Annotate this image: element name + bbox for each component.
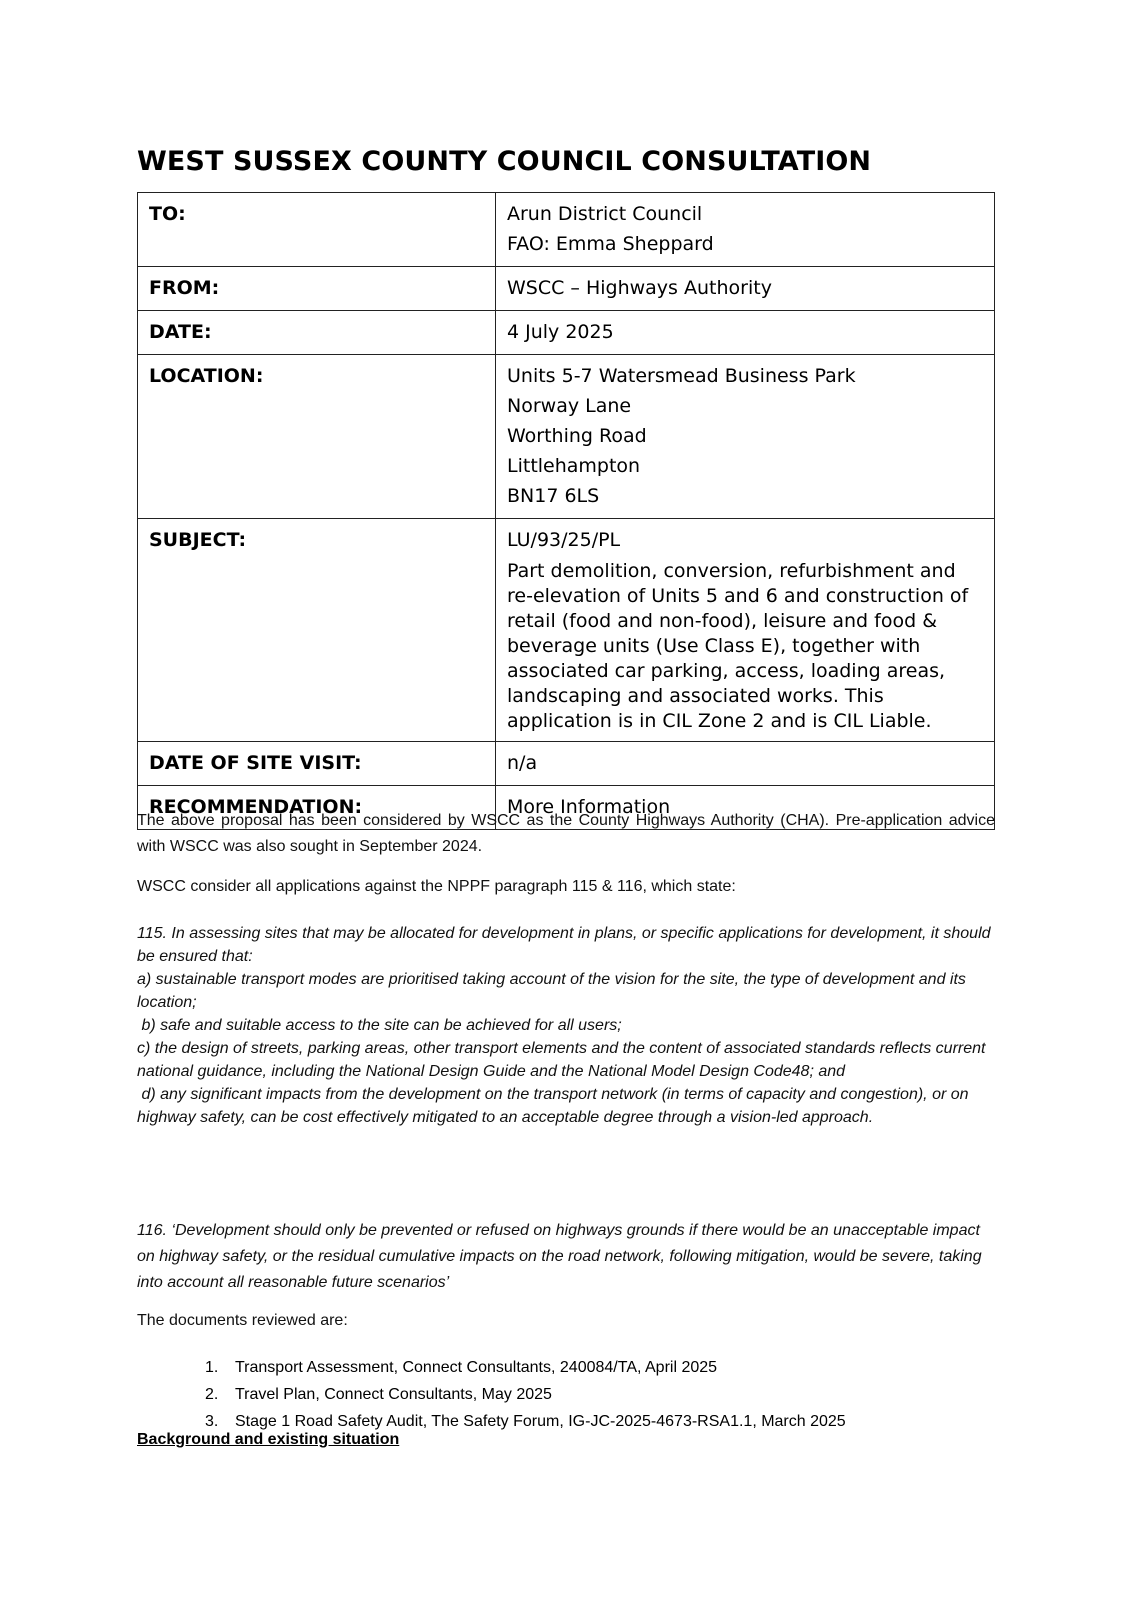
date-label: DATE: — [138, 311, 496, 355]
list-text: Travel Plan, Connect Consultants, May 20… — [235, 1384, 552, 1411]
list-text: Transport Assessment, Connect Consultant… — [235, 1357, 717, 1384]
list-item: 1. Transport Assessment, Connect Consult… — [137, 1357, 846, 1384]
subject-description: Part demolition, conversion, refurbishme… — [507, 559, 984, 734]
location-value: Units 5-7 Watersmead Business Park Norwa… — [496, 355, 995, 519]
para-115-item-d: d) any significant impacts from the deve… — [137, 1083, 995, 1129]
location-line: Littlehampton — [507, 451, 984, 481]
to-value: Arun District Council FAO: Emma Sheppard — [496, 193, 995, 267]
list-number: 2. — [137, 1384, 235, 1411]
nppf-intro: WSCC consider all applications against t… — [137, 876, 995, 898]
nppf-paragraph-116: 116. ‘Development should only be prevent… — [137, 1218, 995, 1296]
para-115-lead: 115. In assessing sites that may be allo… — [137, 922, 995, 968]
from-value: WSCC – Highways Authority — [496, 267, 995, 311]
documents-reviewed-list: 1. Transport Assessment, Connect Consult… — [137, 1357, 846, 1438]
page-title: WEST SUSSEX COUNTY COUNCIL CONSULTATION — [137, 146, 871, 177]
consultation-header-table: TO: Arun District Council FAO: Emma Shep… — [137, 192, 995, 830]
location-line: Units 5-7 Watersmead Business Park — [507, 361, 984, 391]
para-115-item-c: c) the design of streets, parking areas,… — [137, 1037, 995, 1083]
from-label: FROM: — [138, 267, 496, 311]
site-visit-label: DATE OF SITE VISIT: — [138, 742, 496, 786]
para-115-item-a: a) sustainable transport modes are prior… — [137, 968, 995, 1014]
subject-value: LU/93/25/PL Part demolition, conversion,… — [496, 519, 995, 742]
table-row-to: TO: Arun District Council FAO: Emma Shep… — [138, 193, 995, 267]
table-row-site-visit: DATE OF SITE VISIT: n/a — [138, 742, 995, 786]
documents-intro: The documents reviewed are: — [137, 1310, 995, 1332]
nppf-paragraph-115: 115. In assessing sites that may be allo… — [137, 922, 995, 1129]
subject-reference: LU/93/25/PL — [507, 525, 984, 555]
location-line: BN17 6LS — [507, 481, 984, 511]
to-label: TO: — [138, 193, 496, 267]
table-row-location: LOCATION: Units 5-7 Watersmead Business … — [138, 355, 995, 519]
date-value: 4 July 2025 — [496, 311, 995, 355]
intro-paragraph: The above proposal has been considered b… — [137, 808, 995, 860]
list-number: 1. — [137, 1357, 235, 1384]
to-recipient: Arun District Council — [507, 199, 984, 229]
location-line: Worthing Road — [507, 421, 984, 451]
list-item: 2. Travel Plan, Connect Consultants, May… — [137, 1384, 846, 1411]
subject-label: SUBJECT: — [138, 519, 496, 742]
to-fao: FAO: Emma Sheppard — [507, 229, 984, 259]
table-row-date: DATE: 4 July 2025 — [138, 311, 995, 355]
table-row-subject: SUBJECT: LU/93/25/PL Part demolition, co… — [138, 519, 995, 742]
site-visit-value: n/a — [496, 742, 995, 786]
section-heading-background: Background and existing situation — [137, 1431, 399, 1449]
para-115-item-b: b) safe and suitable access to the site … — [137, 1014, 995, 1037]
location-label: LOCATION: — [138, 355, 496, 519]
table-row-from: FROM: WSCC – Highways Authority — [138, 267, 995, 311]
location-line: Norway Lane — [507, 391, 984, 421]
